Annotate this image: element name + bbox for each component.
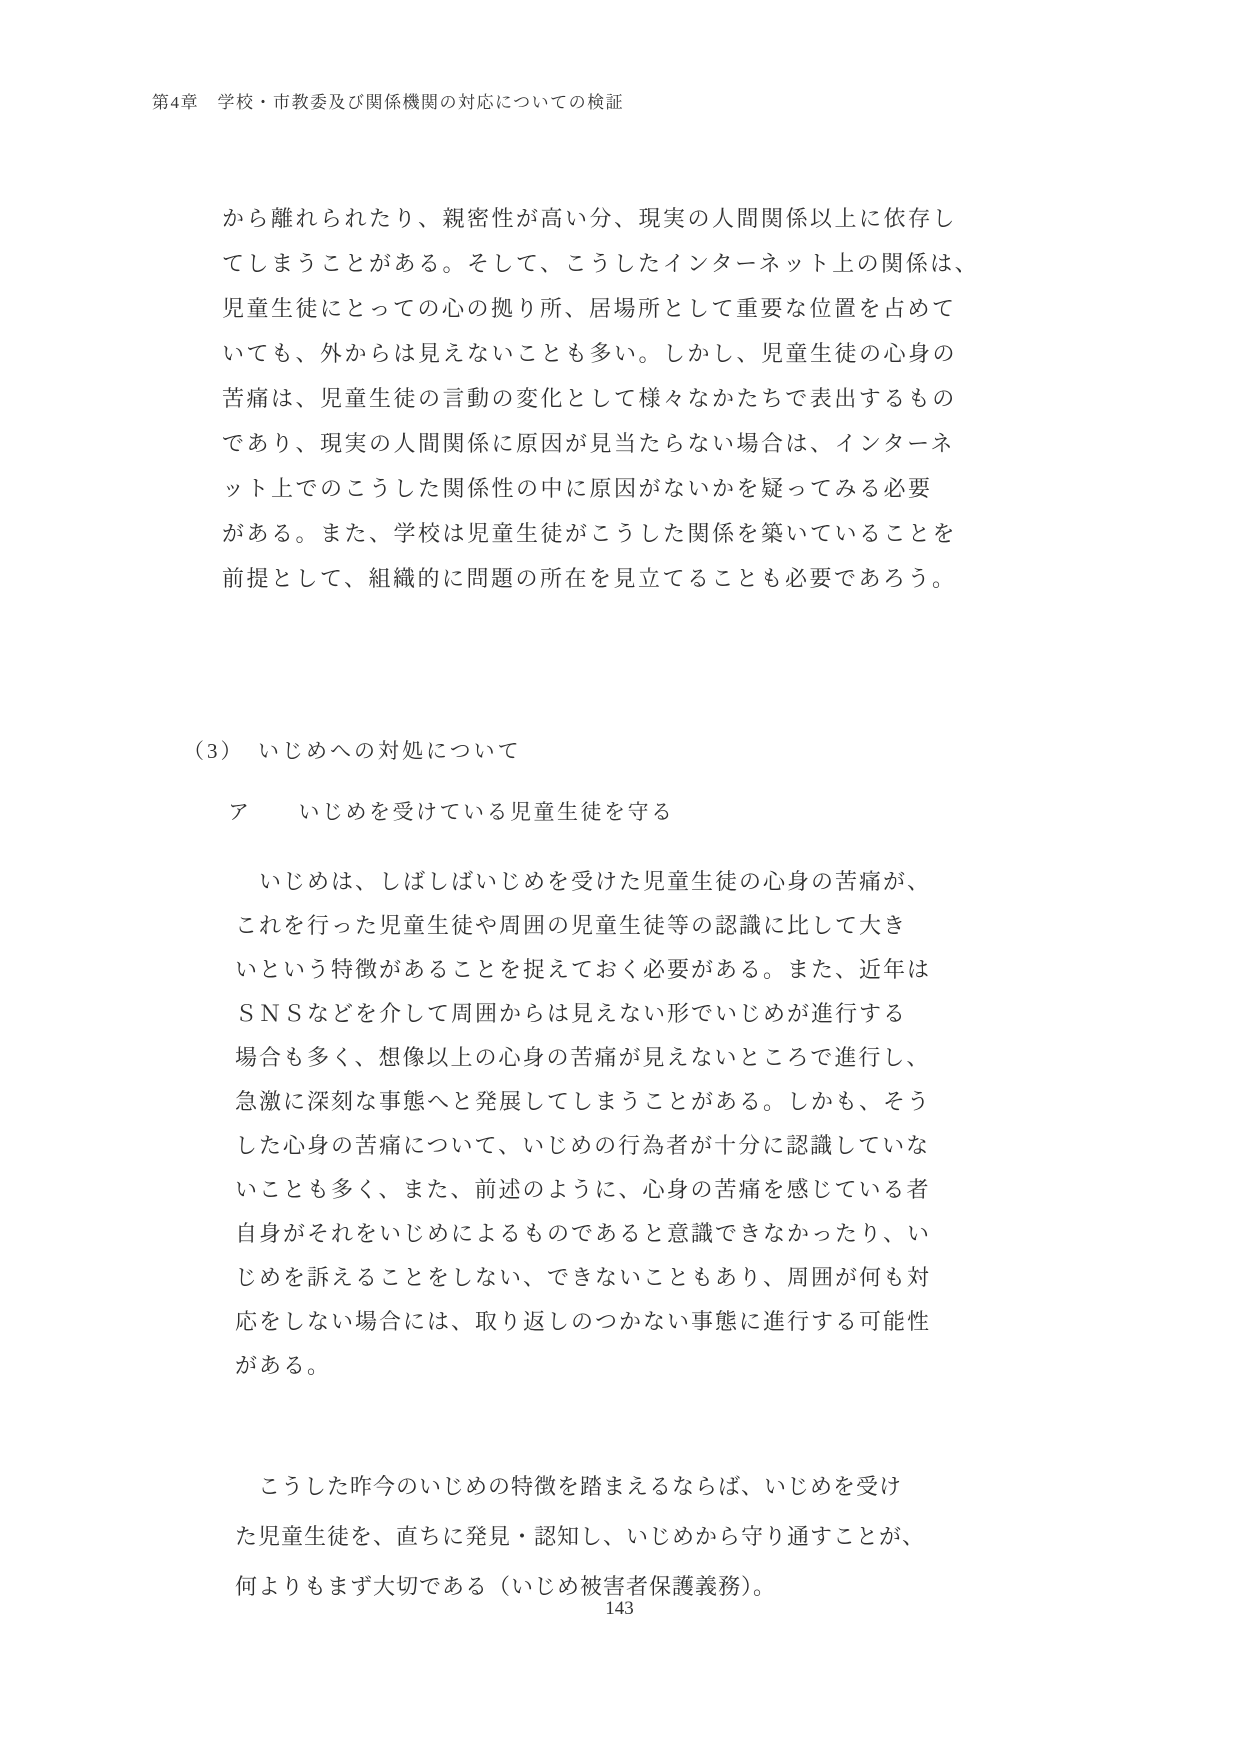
chapter-header: 第4章 学校・市教委及び関係機関の対応についての検証 xyxy=(152,88,624,113)
page-number: 143 xyxy=(0,1598,1239,1620)
sub-section-a-paragraph-1: いじめは、しばしばいじめを受けた児童生徒の心身の苦痛が、 これを行った児童生徒や… xyxy=(235,860,995,1388)
section-3-heading: （3） いじめへの対処について xyxy=(183,735,522,765)
sub-section-a-paragraph-2: こうした昨今のいじめの特徴を踏まえるならば、いじめを受け た児童生徒を、直ちに発… xyxy=(235,1462,995,1612)
document-page: 第4章 学校・市教委及び関係機関の対応についての検証 から離れられたり、親密性が… xyxy=(0,0,1239,1754)
sub-section-a-heading: ア いじめを受けている児童生徒を守る xyxy=(228,796,675,826)
paragraph-continued-from-previous-page: から離れられたり、親密性が高い分、現実の人間関係以上に依存し てしまうことがある… xyxy=(222,196,982,601)
